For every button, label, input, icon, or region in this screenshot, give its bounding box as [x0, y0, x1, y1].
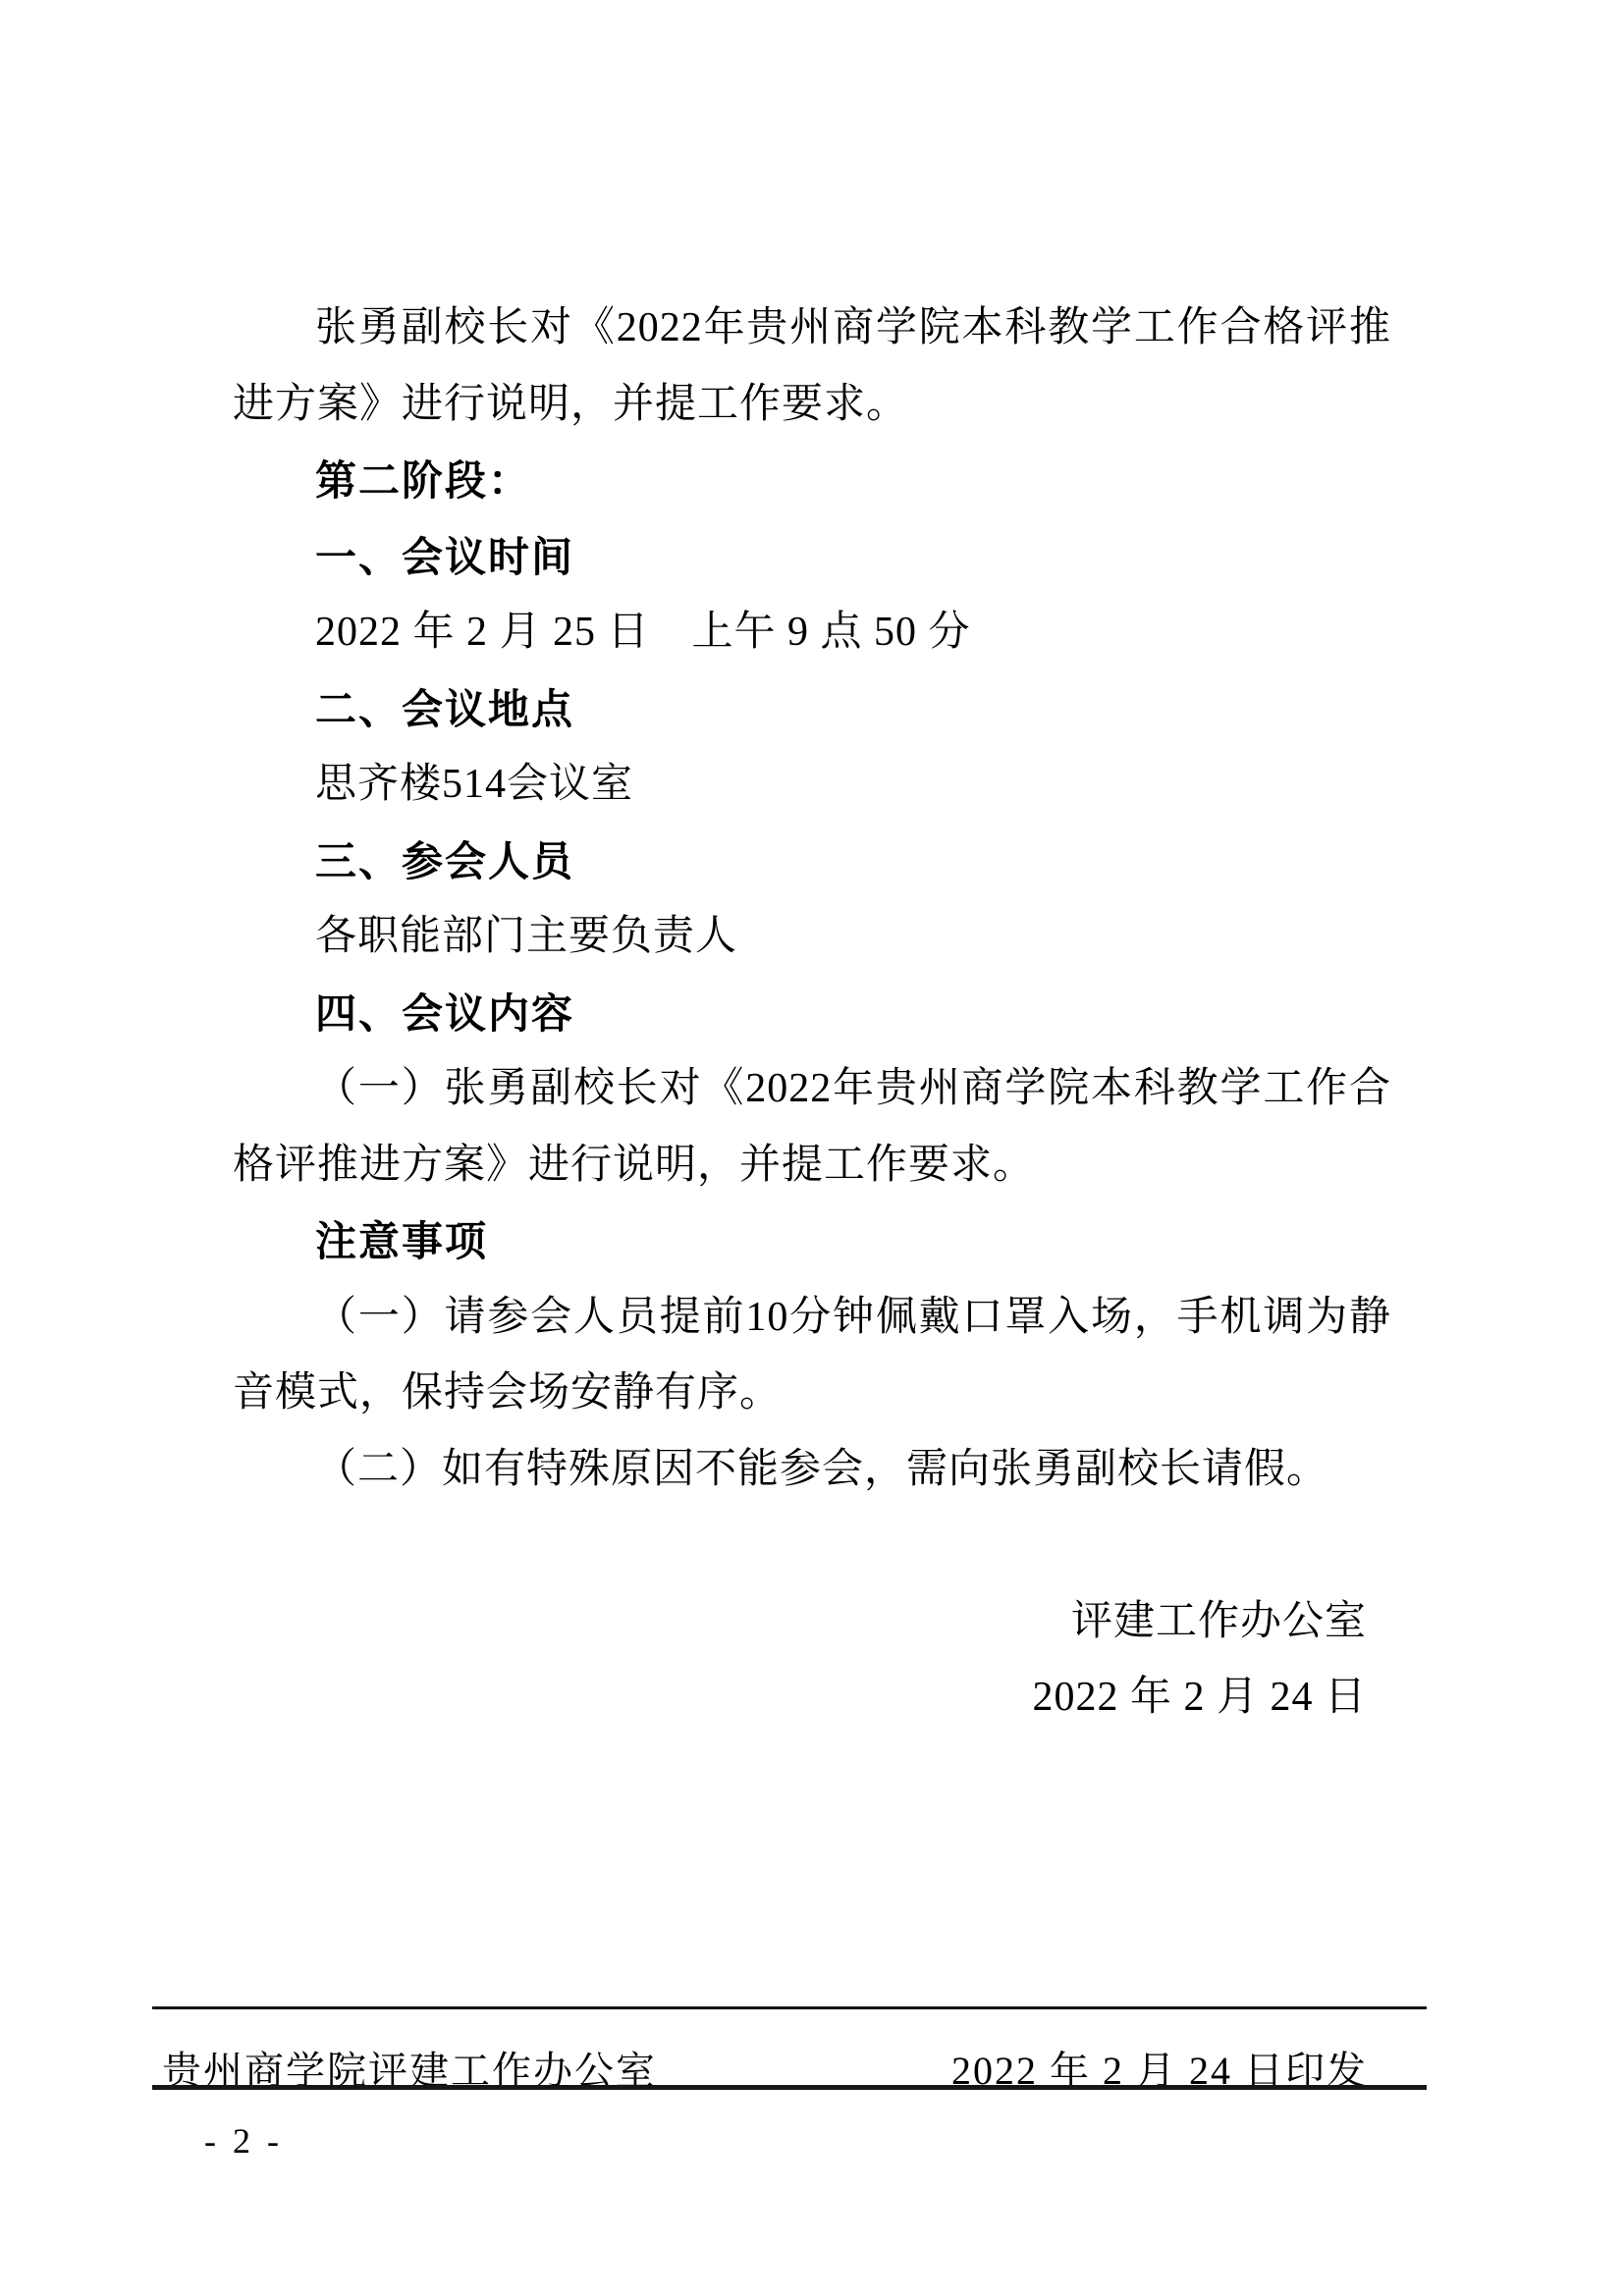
document-body: 张勇副校长对《2022年贵州商学院本科教学工作合格评推进方案》进行说明，并提工作…	[233, 291, 1391, 1736]
notes-heading: 注意事项	[233, 1203, 1391, 1280]
intro-paragraph: 张勇副校长对《2022年贵州商学院本科教学工作合格评推进方案》进行说明，并提工作…	[233, 291, 1391, 443]
footer-rule-top	[152, 2006, 1427, 2009]
section-3-heading: 三、参会人员	[233, 824, 1391, 900]
section-2-heading: 二、会议地点	[233, 671, 1391, 748]
blank-line	[233, 1508, 1391, 1584]
attendees-value: 各职能部门主要负责人	[233, 899, 1391, 976]
signature-date: 2022 年 2 月 24 日	[233, 1660, 1391, 1736]
section-4-heading: 四、会议内容	[233, 976, 1391, 1052]
note-item-2: （二）如有特殊原因不能参会，需向张勇副校长请假。	[233, 1432, 1391, 1509]
meeting-location-value: 思齐楼514会议室	[233, 747, 1391, 824]
section-1-heading: 一、会议时间	[233, 519, 1391, 596]
document-page: 张勇副校长对《2022年贵州商学院本科教学工作合格评推进方案》进行说明，并提工作…	[0, 0, 1624, 2296]
agenda-item-1: （一）张勇副校长对《2022年贵州商学院本科教学工作合格评推进方案》进行说明，并…	[233, 1051, 1391, 1203]
signature-office: 评建工作办公室	[233, 1584, 1391, 1661]
page-number: - 2 -	[204, 2120, 283, 2162]
stage-2-heading: 第二阶段：	[233, 443, 1391, 519]
note-item-1: （一）请参会人员提前10分钟佩戴口罩入场，手机调为静音模式，保持会场安静有序。	[233, 1280, 1391, 1432]
meeting-time-value: 2022 年 2 月 25 日 上午 9 点 50 分	[233, 595, 1391, 671]
footer-rule-bottom	[152, 2085, 1427, 2090]
